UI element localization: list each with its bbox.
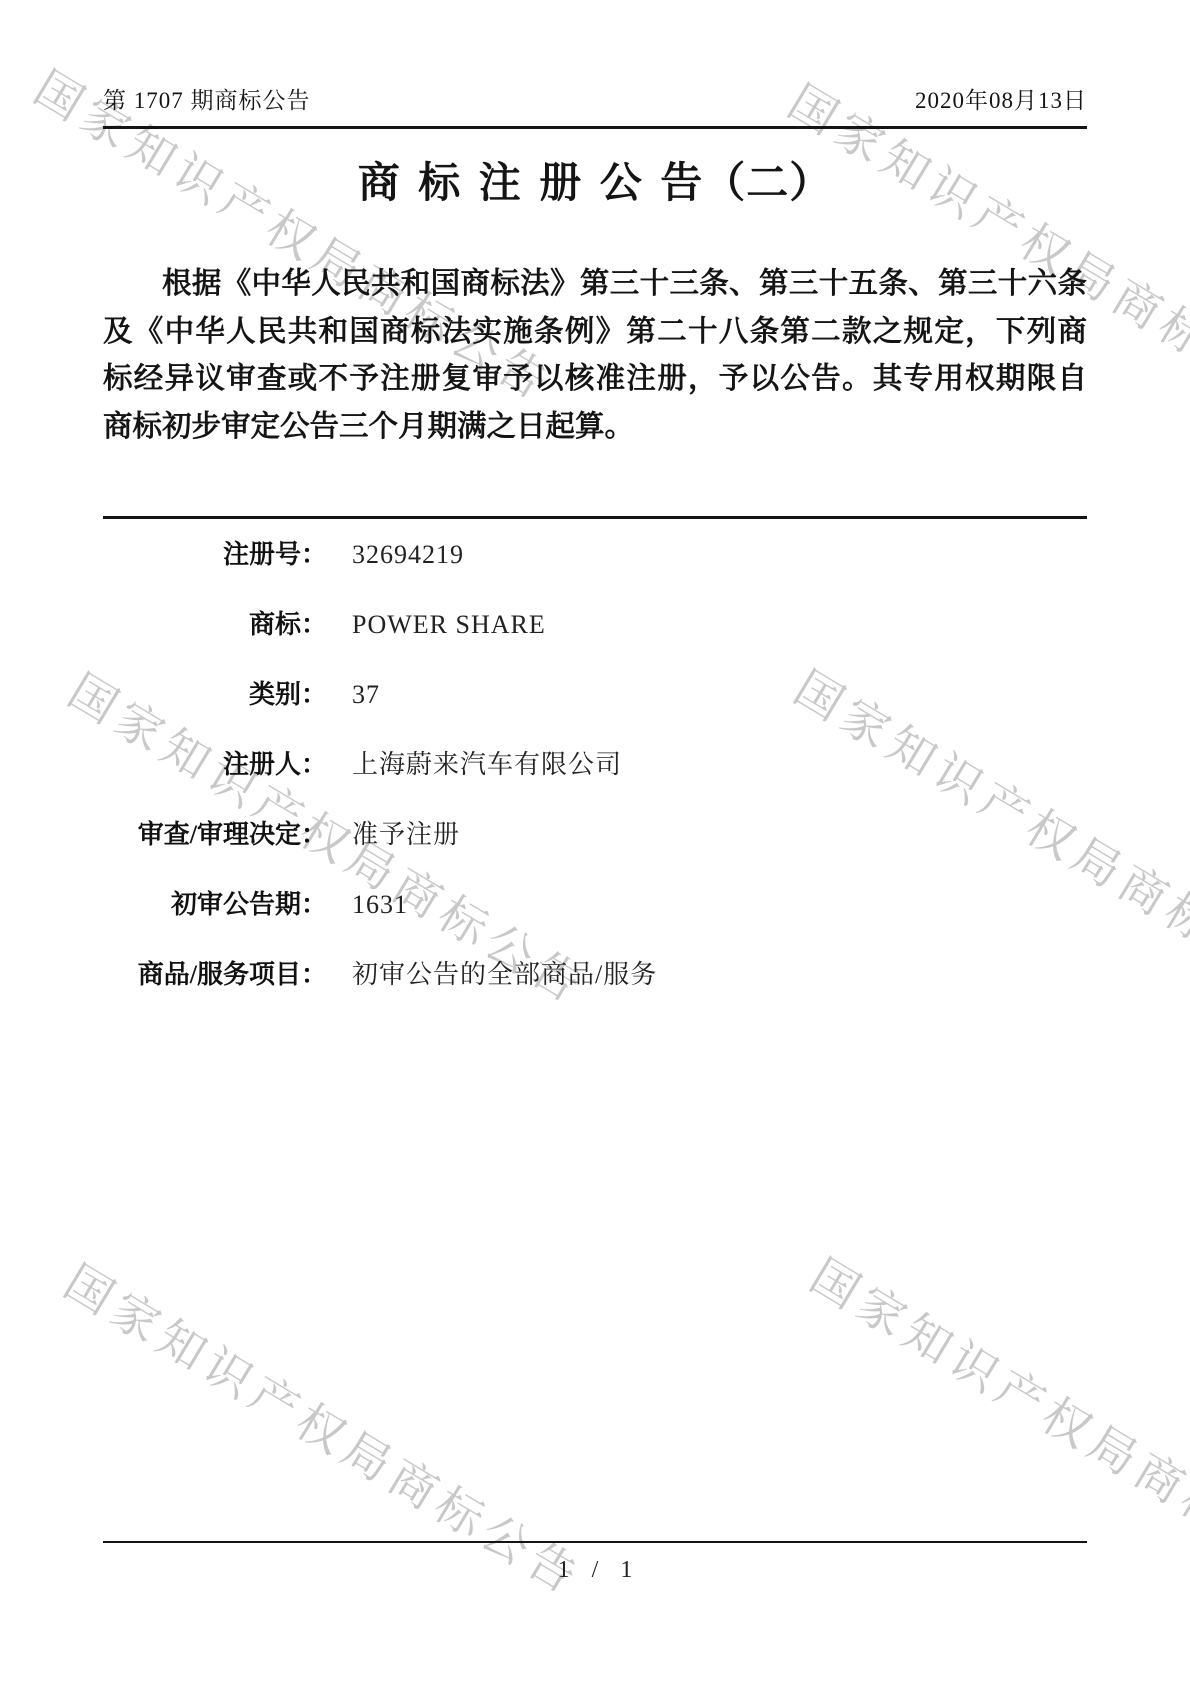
field-value: POWER SHARE <box>352 612 546 638</box>
field-row-preliminary-gazette: 初审公告期： 1631 <box>103 892 1087 918</box>
field-row-registrant: 注册人： 上海蔚来汽车有限公司 <box>103 752 1087 778</box>
footer-divider <box>103 1541 1087 1543</box>
registration-details: 注册号： 32694219 商标： POWER SHARE 类别： 37 注册人… <box>103 542 1087 1032</box>
field-row-goods-services: 商品/服务项目： 初审公告的全部商品/服务 <box>103 962 1087 988</box>
field-value: 1631 <box>352 892 408 918</box>
intro-line-2: 及《中华人民共和国商标法实施条例》第二十八条第二款之规定，下列商 <box>103 309 1087 357</box>
field-value: 37 <box>352 682 380 708</box>
field-label: 商标： <box>103 612 327 638</box>
field-value: 32694219 <box>352 542 464 568</box>
header-divider <box>103 126 1087 129</box>
field-row-trademark: 商标： POWER SHARE <box>103 612 1087 638</box>
gazette-issue-number: 第 1707 期商标公告 <box>103 82 311 115</box>
watermark-text: 国家知识产权局商标公告 <box>799 1240 1190 1603</box>
document-page: 国家知识产权局商标公告 国家知识产权局商标公告 国家知识产权局商标公告 国家知识… <box>0 0 1190 1684</box>
field-label: 注册人： <box>103 752 327 778</box>
field-label: 商品/服务项目： <box>103 962 327 988</box>
intro-line-1: 根据《中华人民共和国商标法》第三十三条、第三十五条、第三十六条 <box>103 261 1087 309</box>
page-number-separator: / <box>592 1557 599 1583</box>
field-label: 审查/审理决定： <box>103 822 327 848</box>
watermark-text: 国家知识产权局商标公告 <box>53 1246 597 1609</box>
publication-date: 2020年08月13日 <box>915 82 1087 115</box>
field-label: 注册号： <box>103 542 327 568</box>
current-page-number: 1 <box>558 1557 570 1583</box>
field-value: 准予注册 <box>352 822 460 848</box>
intro-paragraph: 根据《中华人民共和国商标法》第三十三条、第三十五条、第三十六条 及《中华人民共和… <box>103 261 1087 451</box>
field-label: 初审公告期： <box>103 892 327 918</box>
field-row-decision: 审查/审理决定： 准予注册 <box>103 822 1087 848</box>
intro-line-4: 商标初步审定公告三个月期满之日起算。 <box>103 404 1087 452</box>
field-value: 初审公告的全部商品/服务 <box>352 962 657 988</box>
intro-line-3: 标经异议审查或不予注册复审予以核准注册，予以公告。其专用权期限自 <box>103 356 1087 404</box>
field-row-class: 类别： 37 <box>103 682 1087 708</box>
page-title: 商 标 注 册 公 告（二） <box>0 150 1190 210</box>
field-row-registration-number: 注册号： 32694219 <box>103 542 1087 568</box>
field-label: 类别： <box>103 682 327 708</box>
section-divider <box>103 516 1087 519</box>
page-number: 1/1 <box>0 1557 1190 1584</box>
total-page-number: 1 <box>620 1557 632 1583</box>
field-value: 上海蔚来汽车有限公司 <box>352 752 622 778</box>
